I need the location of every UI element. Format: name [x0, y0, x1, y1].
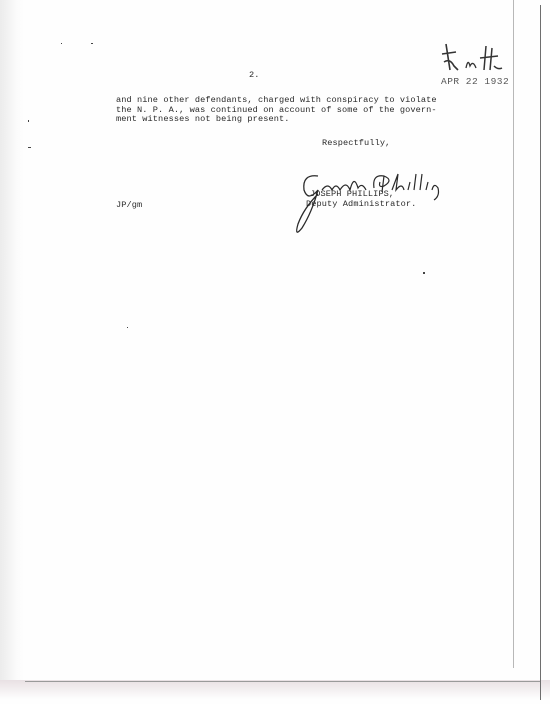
body-line: ment witnesses not being present.	[116, 115, 437, 125]
page-bottom-edge	[25, 681, 540, 682]
page-edge-line	[513, 0, 514, 668]
scan-speck	[28, 120, 29, 122]
signer-title: Deputy Administrator.	[306, 200, 416, 210]
body-paragraph: and nine other defendants, charged with …	[116, 96, 437, 125]
received-date-stamp: APR 22 1932	[441, 77, 509, 87]
handwritten-initials-mark	[440, 40, 510, 76]
page-edge-line-outer	[540, 5, 541, 700]
closing-salutation: Respectfully,	[322, 139, 390, 149]
scan-speck	[423, 272, 425, 274]
scan-speck	[91, 43, 93, 44]
scan-speck	[28, 147, 31, 148]
page-number: 2.	[249, 71, 260, 81]
document-page: APR 22 1932 2. and nine other defendants…	[0, 0, 550, 704]
scan-shadow-bottom	[0, 680, 550, 704]
scan-shadow-left	[0, 0, 24, 680]
scan-speck	[127, 327, 128, 328]
typist-initials: JP/gm	[116, 201, 142, 211]
scan-speck	[61, 43, 62, 44]
